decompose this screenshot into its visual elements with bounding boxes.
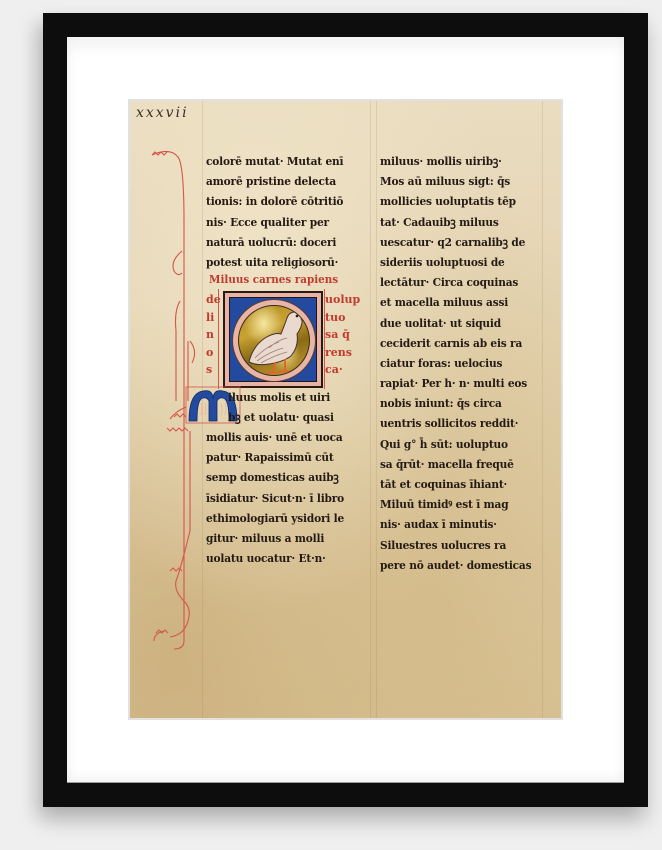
text-line: rapiat· Per h· n· multi eos [380, 373, 532, 393]
text-line: nis· Ecce qualiter per [206, 212, 353, 232]
text-line: uolatu uocatur· Et·n· [206, 548, 353, 568]
text-line: et macella miluus assi [380, 292, 532, 312]
text-line: amorē pristine delecta [206, 171, 353, 191]
text-column-left-bottom: iluus molis et uiri bꝫ et uolatu· quasi [228, 387, 388, 427]
text-line: patur· Rapaissimū cūt [206, 447, 353, 467]
manuscript-page: xxxvii [130, 101, 561, 718]
rubric-fragment: ca· [325, 361, 365, 379]
text-line: gitur· miluus a molli [206, 528, 353, 548]
rubric-fragment: s [206, 361, 220, 379]
text-line: Qui g° h̄ sūt: uoluptuo [380, 434, 532, 454]
text-line: īsidiatur· Sicut·n· ī libro [206, 488, 353, 508]
rubric-fragment: uolup [325, 291, 365, 309]
text-column-right: miluus· mollis uiribꝫ· Mos aū miluus sig… [380, 151, 545, 575]
text-line: semp domesticas auibꝫ [206, 467, 353, 487]
rubric-left-column: de li n o s [206, 291, 220, 379]
rubric-right-column: uolup tuo sa q̄ rens ca· [325, 291, 365, 379]
miniature-kite [223, 291, 323, 388]
text-line: tat· Cadauibꝫ miluus [380, 212, 532, 232]
rubric-fragment: li [206, 309, 220, 327]
text-line: uescatur· q2 carnalibꝫ de [380, 232, 532, 252]
text-line: nobis īniunt: q̄s circa [380, 393, 532, 413]
text-line: due uolitat· ut siquid [380, 313, 532, 333]
text-line: tionis: in dolorē cōtritiō [206, 191, 353, 211]
text-line: miluus· mollis uiribꝫ· [380, 151, 532, 171]
text-line: mollicies uoluptatis tēp [380, 191, 532, 211]
bird-icon [239, 306, 310, 376]
text-line: nis· audax ī minutis· [380, 514, 532, 534]
artwork-border: xxxvii [128, 99, 563, 720]
text-line: ethimologiarū ysidori le [206, 508, 353, 528]
text-line: Siluestres uolucres ra [380, 535, 532, 555]
text-line: iluus molis et uiri [228, 387, 375, 407]
text-line: potest uita religiosorū· [206, 252, 353, 272]
rubric-fragment: sa q̄ [325, 326, 365, 344]
text-column-left-top: colorē mutat· Mutat enī amorē pristine d… [206, 151, 366, 272]
rubric-fragment: n [206, 326, 220, 344]
text-line: Miluū timidꝰ est ī mag [380, 494, 532, 514]
miniature-blue-ground [229, 297, 317, 382]
text-line: bꝫ et uolatu· quasi [228, 407, 375, 427]
text-line: uentris sollicitos reddit· [380, 413, 532, 433]
text-line: tāt et coquinas īhiant· [380, 474, 532, 494]
gold-leaf-background [238, 305, 310, 376]
text-line: Mos aū miluus sigt: q̄s [380, 171, 532, 191]
text-line: mollis auis· unē et uoca [206, 427, 353, 447]
text-line: lectātur· Circa coquinas [380, 272, 532, 292]
text-line: sideriis uoluptuosi de [380, 252, 532, 272]
rubric-fragment: de [206, 291, 220, 309]
text-line: pere nō audet· domesticas [380, 555, 532, 575]
text-line: naturā uolucrū: doceri [206, 232, 353, 252]
text-line: colorē mutat· Mutat enī [206, 151, 353, 171]
rubric-fragment: o [206, 344, 220, 362]
text-line: ciatur foras: uelocius [380, 353, 532, 373]
text-line: ceciderit carnis ab eis ra [380, 333, 532, 353]
text-column-left-bottom-cont: mollis auis· unē et uoca patur· Rapaissi… [206, 427, 366, 568]
rubric-fragment: rens [325, 344, 365, 362]
rubric-heading: Miluus carnes rapiens [209, 272, 338, 286]
miniature-roundel [232, 299, 316, 382]
text-line: sa q̄rūt· macella frequē [380, 454, 532, 474]
picture-frame: xxxvii [43, 13, 648, 807]
mat-board: xxxvii [67, 37, 624, 783]
rubric-fragment: tuo [325, 309, 365, 327]
